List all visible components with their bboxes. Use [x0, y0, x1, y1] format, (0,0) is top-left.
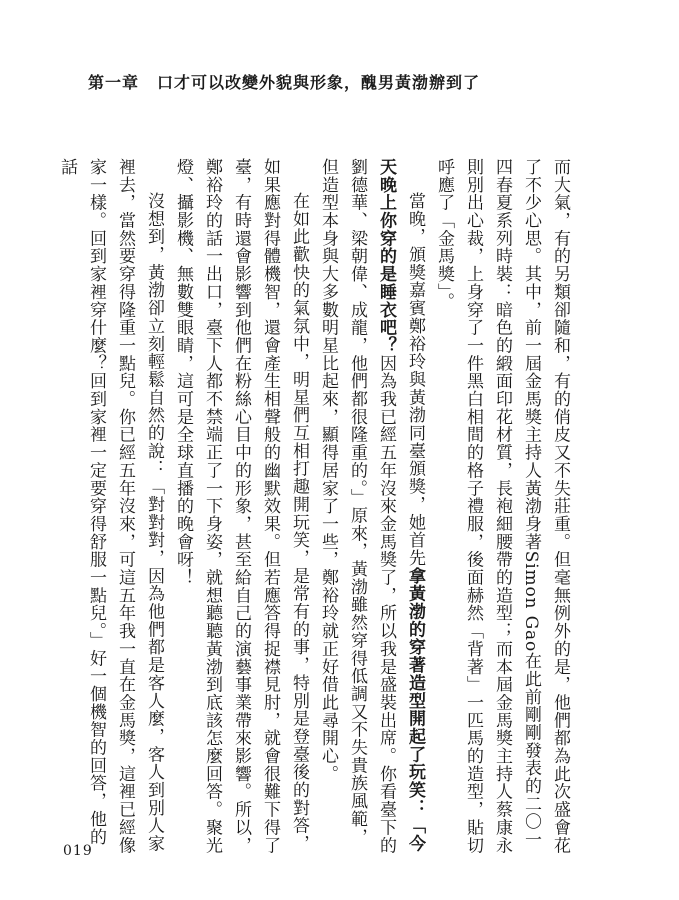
book-page: 第一章口才可以改變外貌與形象，醜男黃渤辦到了 而大氣，有的另類卻隨和，有的俏皮又… — [0, 0, 679, 900]
chapter-label: 第一章 — [88, 73, 139, 92]
body-text: 而大氣，有的另類卻隨和，有的俏皮又不失莊重。但毫無例外的是，他們都為此次盛會花了… — [78, 158, 574, 858]
paragraph: 沒想到，黃渤卻立刻輕鬆自然的說：「對對對，因為他們都是客人麼，客人到別人家裡去，… — [52, 158, 168, 858]
paragraph: 在如此歡快的氣氛中，明星們互相打趣開玩笑，是常有的事，特別是登臺後的對答，如果應… — [168, 158, 313, 858]
paragraph: 當晚，頒獎嘉賓鄭裕玲與黃渤同臺頒獎，她首先拿黃渤的穿著造型開起了玩笑：「今天晚上… — [313, 158, 429, 858]
chapter-title: 口才可以改變外貌與形象，醜男黃渤辦到了 — [157, 73, 480, 92]
body-text-segment: 沒想到，黃渤卻立刻輕鬆自然的說：「對對對，因為他們都是客人麼，客人到別人家裡去，… — [57, 158, 164, 854]
paragraph: 而大氣，有的另類卻隨和，有的俏皮又不失莊重。但毫無例外的是，他們都為此次盛會花了… — [429, 158, 574, 858]
chapter-header: 第一章口才可以改變外貌與形象，醜男黃渤辦到了 — [88, 70, 608, 93]
page-number: 019 — [63, 843, 93, 859]
body-text-segment: 當晚，頒獎嘉賓鄭裕玲與黃渤同臺頒獎，她首先 — [405, 192, 425, 567]
body-text-segment: 在如此歡快的氣氛中，明星們互相打趣開玩笑，是常有的事，特別是登臺後的對答，如果應… — [173, 158, 309, 854]
body-text-segment: 而大氣，有的另類卻隨和，有的俏皮又不失莊重。但毫無例外的是，他們都為此次盛會花了… — [434, 158, 570, 854]
